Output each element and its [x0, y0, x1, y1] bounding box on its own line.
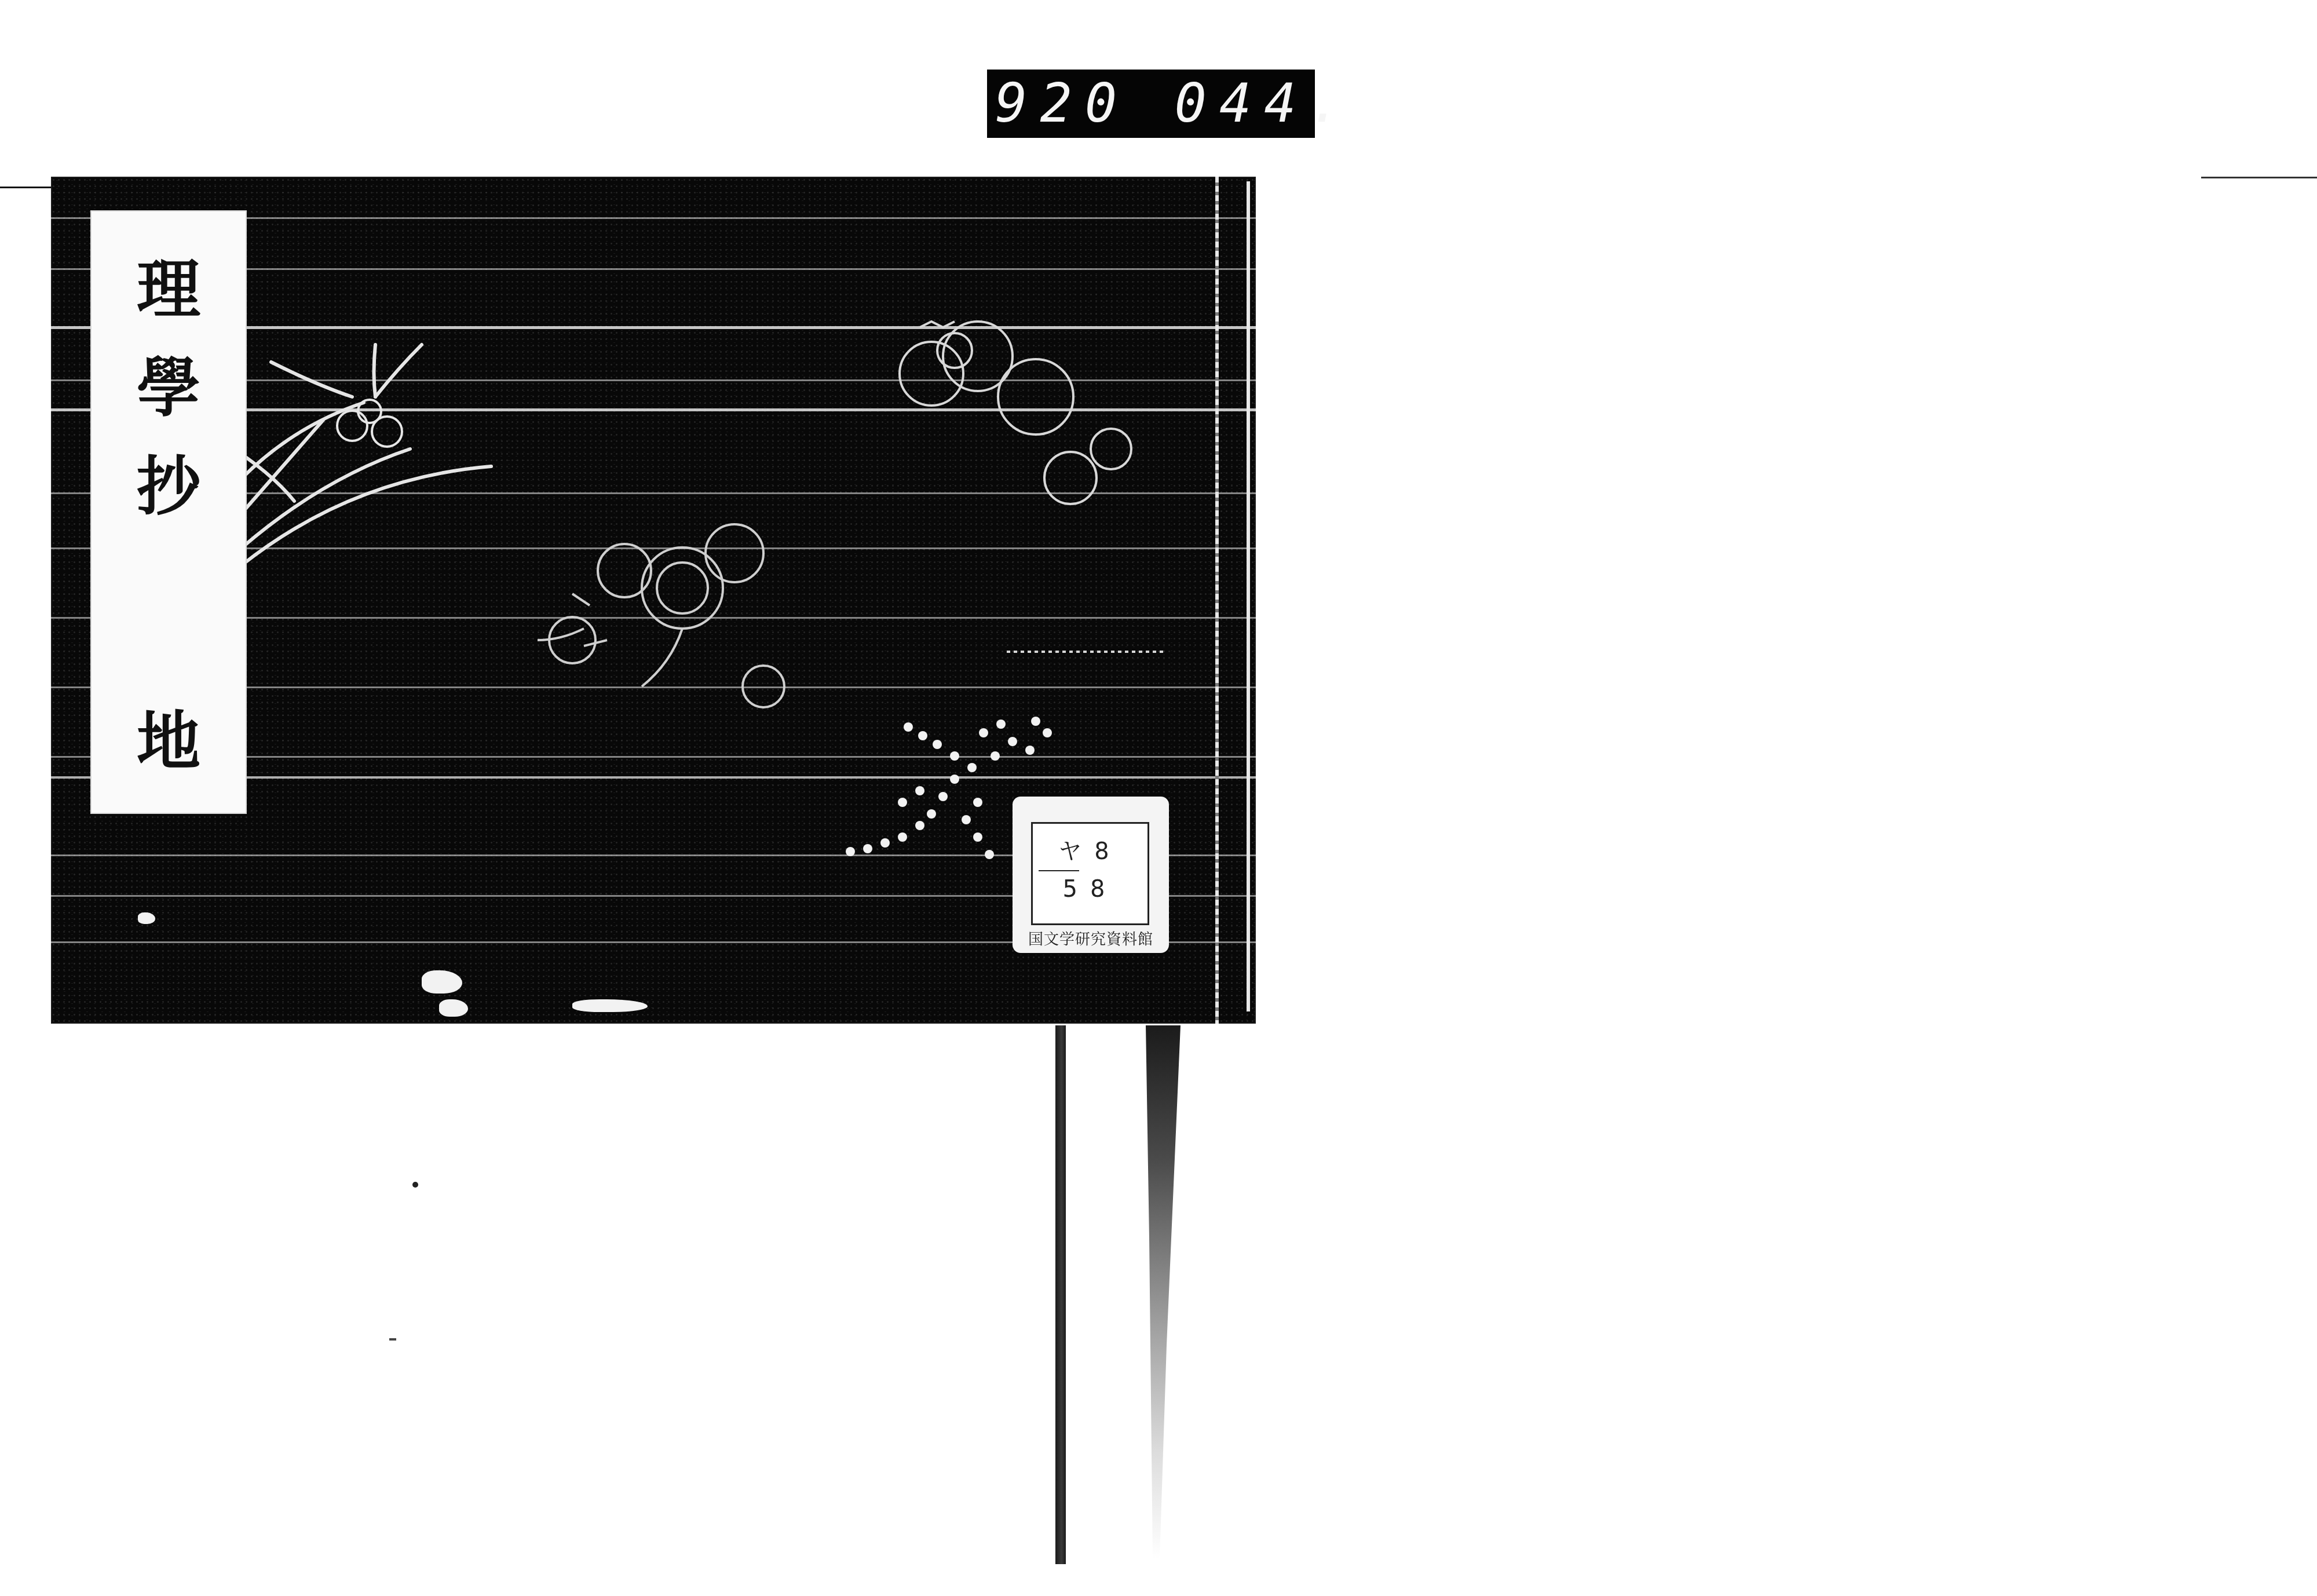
- title-char-3: 抄: [92, 455, 246, 518]
- book-cover: 理 學 抄 地 ヤ8 58 国文学研究資料館: [51, 177, 1256, 1024]
- title-slip: 理 學 抄 地: [92, 211, 246, 813]
- scan-speck: [412, 1182, 418, 1188]
- label-divider: [1039, 870, 1079, 871]
- shelf-code-box: ヤ8 58: [1031, 822, 1149, 925]
- binding-string-right: [1146, 1025, 1181, 1558]
- shelf-code-top: ヤ8: [1033, 833, 1147, 866]
- volume-char: 地: [92, 710, 246, 773]
- chrysanthemum-motif-icon: [900, 322, 1163, 652]
- binding-string-left: [1055, 1025, 1066, 1564]
- wear-spot: [422, 970, 462, 994]
- institution-name: 国文学研究資料館: [1013, 927, 1169, 949]
- wear-spot: [138, 912, 155, 924]
- peony-motif-icon: [538, 524, 784, 707]
- scan-edge-mark-right: [2201, 177, 2317, 178]
- title-char-2: 學: [92, 356, 246, 420]
- scan-speck: [389, 1338, 396, 1341]
- frame-number-readout: 920 044.: [987, 70, 1315, 138]
- spine-edge: [1247, 181, 1250, 1011]
- wear-spot: [439, 999, 468, 1017]
- scan-edge-mark-left: [0, 187, 52, 188]
- library-label: ヤ8 58 国文学研究資料館: [1013, 797, 1169, 953]
- shelf-code-bottom: 58: [1033, 876, 1147, 903]
- orchid-motif-icon: [225, 345, 491, 565]
- binding-thread: [1215, 177, 1219, 1024]
- wear-spot: [572, 999, 648, 1012]
- title-char-1: 理: [92, 258, 246, 322]
